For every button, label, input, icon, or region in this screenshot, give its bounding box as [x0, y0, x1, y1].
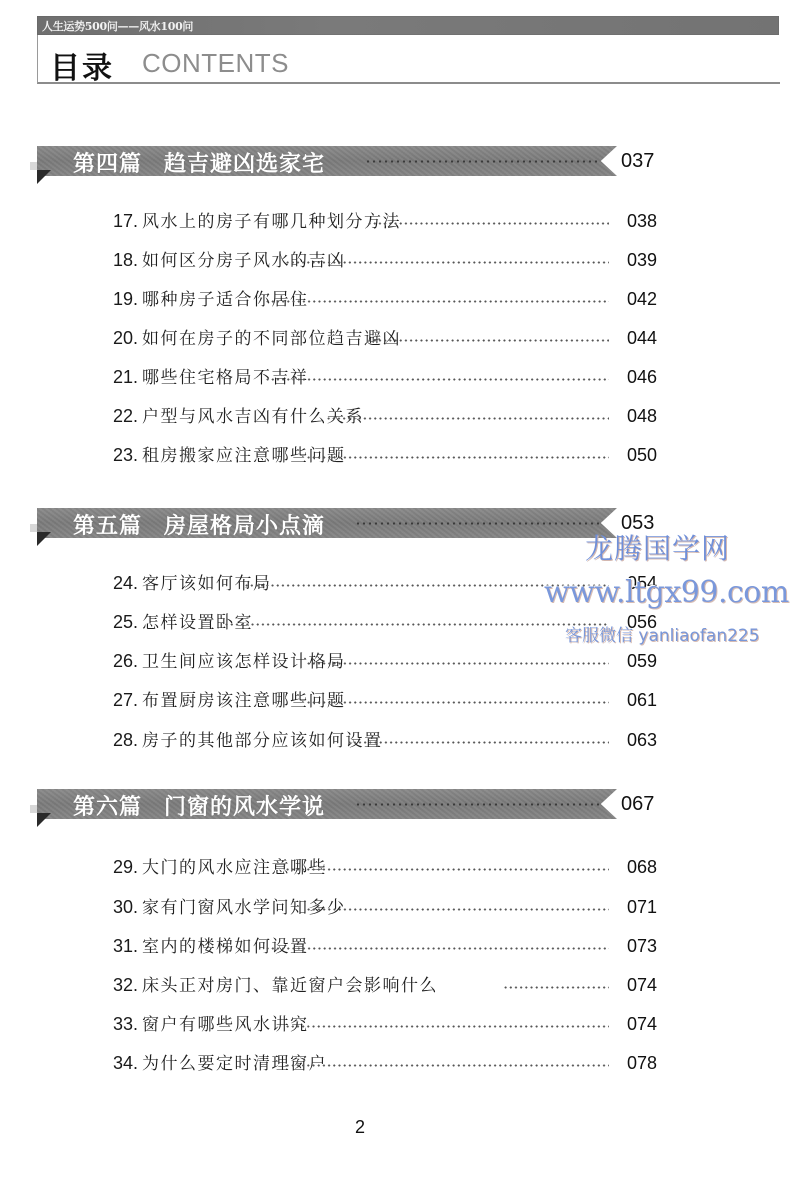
- leader-dots: [306, 662, 609, 665]
- section-part-number: 第六篇: [73, 794, 142, 820]
- running-header: 人生运势500问——风水100问: [37, 16, 779, 35]
- toc-entry[interactable]: 29.大门的风水应注意哪些 068: [113, 854, 657, 880]
- section-fold-shadow: [30, 524, 38, 532]
- entry-number: 25.: [113, 612, 138, 632]
- toc-entry[interactable]: 17.风水上的房子有哪几种划分方法 038: [113, 208, 657, 234]
- leader-dots: [503, 986, 609, 989]
- toc-entry[interactable]: 31.室内的楼梯如何设置 073: [113, 933, 657, 959]
- entry-page: 059: [627, 648, 657, 674]
- watermark-contact: 客服微信 yanliaofan225: [565, 621, 760, 646]
- leader-dots: [306, 701, 609, 704]
- entry-number: 30.: [113, 897, 138, 917]
- entry-title: 床头正对房门、靠近窗户会影响什么: [142, 976, 438, 996]
- entry-number: 18.: [113, 250, 138, 270]
- leader-dots: [265, 378, 609, 381]
- entry-page: 061: [627, 687, 657, 713]
- entry-number: 33.: [113, 1014, 138, 1034]
- running-header-text: 人生运势500问——风水100问: [42, 18, 193, 34]
- section-part-name: 房屋格局小点滴: [164, 513, 325, 539]
- entry-number: 32.: [113, 975, 138, 995]
- leader-dots: [224, 623, 609, 626]
- entry-title: 窗户有哪些风水讲究: [142, 1015, 309, 1035]
- toc-entry[interactable]: 34.为什么要定时清理窗户 078: [113, 1050, 657, 1076]
- toc-entry[interactable]: 33.窗户有哪些风水讲究 074: [113, 1011, 657, 1037]
- entry-number: 26.: [113, 651, 138, 671]
- entry-page: 071: [627, 894, 657, 920]
- section-fold-corner-icon: [37, 813, 51, 827]
- entry-title: 风水上的房子有哪几种划分方法: [142, 212, 401, 232]
- toc-entry[interactable]: 27.布置厨房该注意哪些问题 061: [113, 687, 657, 713]
- section-header-label[interactable]: 第六篇门窗的风水学说: [73, 790, 325, 821]
- toc-entry[interactable]: 21.哪些住宅格局不吉祥 046: [113, 364, 657, 390]
- entry-page: 068: [627, 854, 657, 880]
- entry-title: 如何在房子的不同部位趋吉避凶: [142, 329, 401, 349]
- section-part-number: 第四篇: [73, 151, 142, 177]
- section-header-label[interactable]: 第五篇房屋格局小点滴: [73, 509, 325, 540]
- toc-entry[interactable]: 30.家有门窗风水学问知多少 071: [113, 894, 657, 920]
- section-page-number: 037: [621, 150, 654, 173]
- toc-title-zh: 目录: [50, 43, 114, 87]
- leader-dots: [285, 261, 609, 264]
- leader-dots: [265, 947, 609, 950]
- entry-number: 17.: [113, 211, 138, 231]
- section-fold-corner-icon: [37, 170, 51, 184]
- toc-entry[interactable]: 20.如何在房子的不同部位趋吉避凶 044: [113, 325, 657, 351]
- entry-page: 074: [627, 1011, 657, 1037]
- section-leader-dots: [355, 522, 600, 525]
- entry-page: 038: [627, 208, 657, 234]
- entry-page: 050: [627, 442, 657, 468]
- entry-page: 048: [627, 403, 657, 429]
- entry-page: 042: [627, 286, 657, 312]
- entry-number: 29.: [113, 857, 138, 877]
- section-part-number: 第五篇: [73, 513, 142, 539]
- toc-entry[interactable]: 32.床头正对房门、靠近窗户会影响什么 074: [113, 972, 657, 998]
- toc-entry[interactable]: 26.卫生间应该怎样设计格局 059: [113, 648, 657, 674]
- section-part-name: 趋吉避凶选家宅: [164, 151, 325, 177]
- leader-dots: [367, 339, 609, 342]
- toc-entry[interactable]: 19.哪种房子适合你居住 042: [113, 286, 657, 312]
- leader-dots: [265, 300, 609, 303]
- entry-number: 28.: [113, 730, 138, 750]
- entry-number: 21.: [113, 367, 138, 387]
- toc-entry[interactable]: 18.如何区分房子风水的吉凶 039: [113, 247, 657, 273]
- entry-number: 31.: [113, 936, 138, 956]
- section-fold-shadow: [30, 805, 38, 813]
- leader-dots: [285, 868, 609, 871]
- entry-number: 19.: [113, 289, 138, 309]
- leader-dots: [347, 741, 609, 744]
- leader-dots: [306, 456, 609, 459]
- watermark-url: www.ltgx99.com: [544, 575, 789, 610]
- toc-title-block: 目录 CONTENTS: [37, 35, 780, 84]
- toc-entry[interactable]: 23.租房搬家应注意哪些问题 050: [113, 442, 657, 468]
- entry-page: 044: [627, 325, 657, 351]
- section-leader-dots: [355, 803, 600, 806]
- section-header-label[interactable]: 第四篇趋吉避凶选家宅: [73, 147, 325, 178]
- entry-number: 27.: [113, 690, 138, 710]
- watermark-site-name: 龙腾国学网: [585, 527, 730, 567]
- entry-page: 046: [627, 364, 657, 390]
- entry-page: 039: [627, 247, 657, 273]
- section-leader-dots: [365, 160, 600, 163]
- leader-dots: [285, 1025, 609, 1028]
- leader-dots: [306, 908, 609, 911]
- section-fold-corner-icon: [37, 532, 51, 546]
- toc-title-en: CONTENTS: [142, 48, 289, 79]
- entry-number: 20.: [113, 328, 138, 348]
- leader-dots: [367, 222, 609, 225]
- section-fold-shadow: [30, 162, 38, 170]
- entry-page: 074: [627, 972, 657, 998]
- entry-page: 073: [627, 933, 657, 959]
- section-page-number: 067: [621, 793, 654, 816]
- toc-entry[interactable]: 22.户型与风水吉凶有什么关系 048: [113, 403, 657, 429]
- leader-dots: [285, 1064, 609, 1067]
- entry-number: 23.: [113, 445, 138, 465]
- entry-page: 078: [627, 1050, 657, 1076]
- entry-number: 34.: [113, 1053, 138, 1073]
- leader-dots: [326, 417, 609, 420]
- toc-entry[interactable]: 28.房子的其他部分应该如何设置 063: [113, 727, 657, 753]
- section-part-name: 门窗的风水学说: [164, 794, 325, 820]
- entry-number: 24.: [113, 573, 138, 593]
- page-number: 2: [355, 1117, 365, 1138]
- entry-page: 063: [627, 727, 657, 753]
- entry-number: 22.: [113, 406, 138, 426]
